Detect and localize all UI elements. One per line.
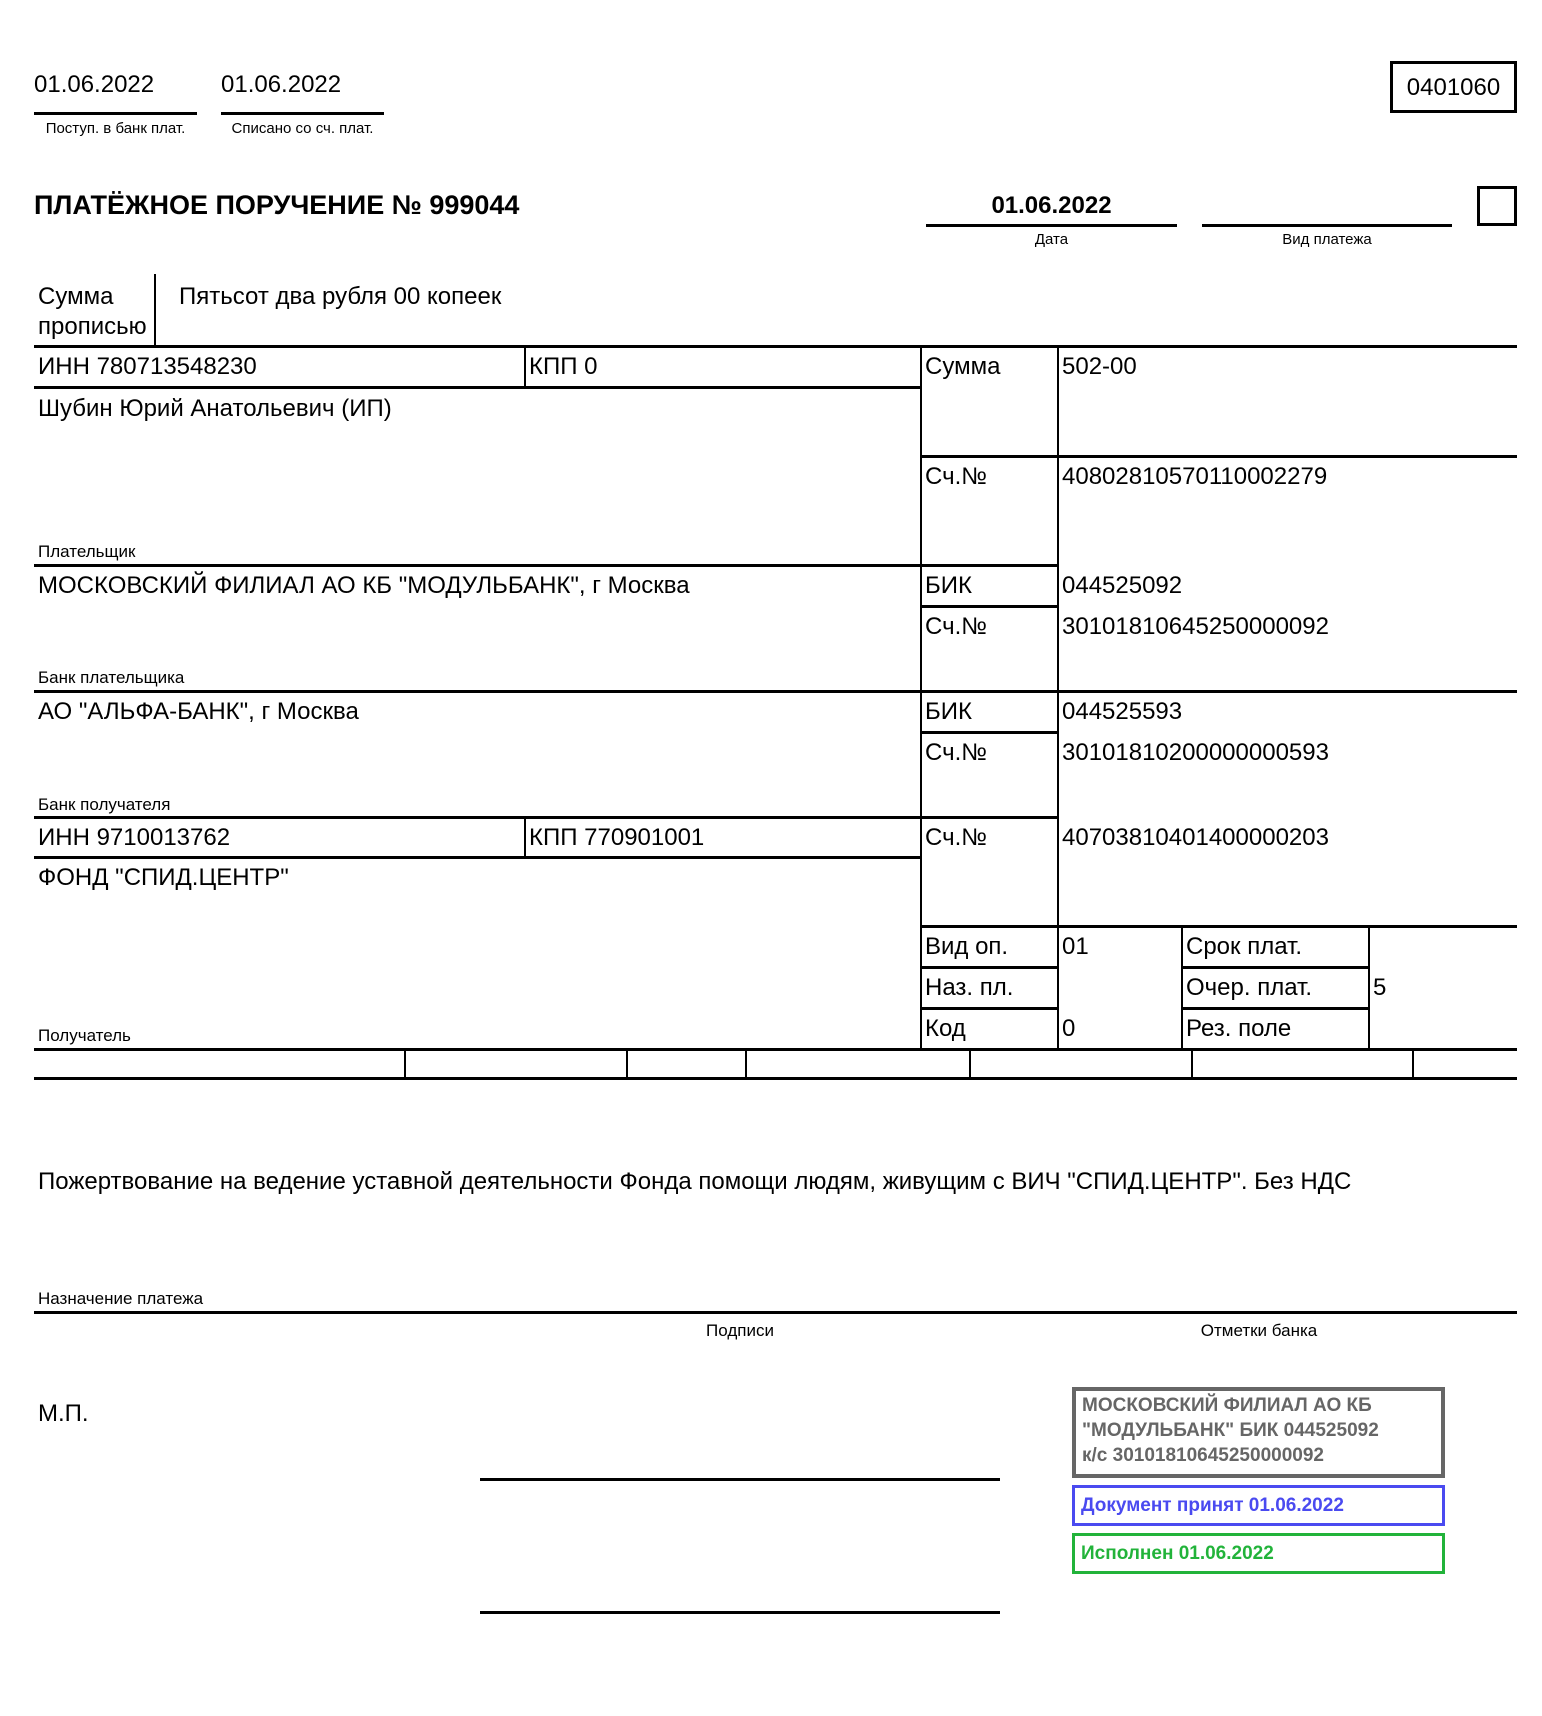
bank-stamp-line-2: "МОДУЛЬБАНК" БИК 044525092	[1082, 1418, 1435, 1443]
grid-line	[1191, 1049, 1193, 1078]
grid-line	[34, 856, 921, 859]
amount-words-label-2: прописью	[38, 313, 147, 341]
payer-bank-account-value: 30101810645250000092	[1062, 613, 1329, 641]
debited-date-underline	[221, 112, 384, 115]
op-type-label: Вид оп.	[925, 933, 1008, 961]
bank-stamp-line-3: к/с 30101810645250000092	[1082, 1443, 1435, 1468]
recipient-bank-bik-label: БИК	[925, 698, 972, 726]
payer-label: Плательщик	[38, 542, 135, 562]
executed-stamp: Исполнен 01.06.2022	[1072, 1533, 1445, 1574]
recipient-bank-bik-value: 044525593	[1062, 698, 1182, 726]
recipient-bank-account-label: Сч.№	[925, 739, 987, 767]
payment-purpose-label: Назначение платежа	[38, 1289, 203, 1309]
form-code-box: 0401060	[1390, 61, 1517, 113]
document-date: 01.06.2022	[926, 192, 1177, 220]
priority-label: Очер. плат.	[1186, 974, 1312, 1002]
grid-line	[921, 966, 1058, 969]
signature-line-1[interactable]	[480, 1478, 1000, 1481]
grid-line	[1057, 345, 1059, 1049]
accepted-stamp: Документ принят 01.06.2022	[1072, 1485, 1445, 1526]
payer-bank-account-label: Сч.№	[925, 613, 987, 641]
recipient-bank-account-value: 30101810200000000593	[1062, 739, 1329, 767]
bank-stamp-line-1: МОСКОВСКИЙ ФИЛИАЛ АО КБ	[1082, 1393, 1435, 1418]
grid-line	[920, 345, 922, 1049]
payer-inn: ИНН 780713548230	[38, 353, 257, 381]
received-date: 01.06.2022	[34, 71, 197, 99]
grid-line	[745, 1049, 747, 1078]
purpose-code-label: Наз. пл.	[925, 974, 1013, 1002]
grid-line	[969, 1049, 971, 1078]
payer-account-value: 40802810570110002279	[1062, 463, 1327, 491]
payer-name: Шубин Юрий Анатольевич (ИП)	[38, 395, 392, 423]
stamp-place-label: М.П.	[38, 1400, 89, 1428]
recipient-account-value: 40703810401400000203	[1062, 824, 1329, 852]
debited-date: 01.06.2022	[221, 71, 384, 99]
grid-line	[1368, 925, 1370, 1049]
amount-words-divider	[154, 274, 156, 346]
received-date-underline	[34, 112, 197, 115]
grid-line	[921, 731, 1058, 734]
recipient-account-label: Сч.№	[925, 824, 987, 852]
purpose-bottom-line	[34, 1311, 1517, 1314]
recipient-kpp: КПП 770901001	[529, 824, 704, 852]
code-label: Код	[925, 1015, 966, 1043]
grid-line	[524, 816, 526, 858]
payer-bank-name: МОСКОВСКИЙ ФИЛИАЛ АО КБ "МОДУЛЬБАНК", г …	[38, 572, 690, 600]
payer-bank-label: Банк плательщика	[38, 668, 184, 688]
grid-line	[626, 1049, 628, 1078]
priority-value: 5	[1373, 974, 1386, 1002]
grid-line	[921, 605, 1058, 608]
bank-marks-label: Отметки банка	[1159, 1321, 1359, 1341]
grid-line	[34, 1048, 1517, 1051]
code-value: 0	[1062, 1015, 1075, 1043]
grid-line	[34, 1077, 1517, 1080]
reserve-label: Рез. поле	[1186, 1015, 1291, 1043]
payment-purpose-text: Пожертвование на ведение уставной деятел…	[38, 1168, 1351, 1196]
grid-line	[1182, 1007, 1369, 1010]
sum-value: 502-00	[1062, 353, 1137, 381]
grid-line	[921, 1007, 1058, 1010]
grid-line	[1412, 1049, 1414, 1078]
status-checkbox[interactable]	[1477, 186, 1517, 226]
document-title: ПЛАТЁЖНОЕ ПОРУЧЕНИЕ № 999044	[34, 190, 519, 221]
recipient-label: Получатель	[38, 1026, 131, 1046]
amount-words-value: Пятьсот два рубля 00 копеек	[179, 283, 501, 311]
grid-line	[921, 455, 1517, 458]
payer-bank-bik-label: БИК	[925, 572, 972, 600]
grid-line	[34, 564, 1058, 567]
grid-line	[34, 345, 1517, 348]
grid-line	[404, 1049, 406, 1078]
recipient-inn: ИНН 9710013762	[38, 824, 230, 852]
payer-kpp: КПП 0	[529, 353, 598, 381]
grid-line	[34, 386, 921, 389]
signatures-label: Подписи	[640, 1321, 840, 1341]
grid-line	[921, 925, 1517, 928]
payer-account-label: Сч.№	[925, 463, 987, 491]
signature-line-2[interactable]	[480, 1611, 1000, 1614]
document-date-underline	[926, 224, 1177, 227]
payer-bank-bik-value: 044525092	[1062, 572, 1182, 600]
recipient-name: ФОНД "СПИД.ЦЕНТР"	[38, 864, 289, 892]
term-label: Срок плат.	[1186, 933, 1302, 961]
grid-line	[1181, 925, 1183, 1049]
recipient-bank-label: Банк получателя	[38, 795, 170, 815]
amount-words-label-1: Сумма	[38, 283, 113, 311]
payment-type-underline	[1202, 224, 1452, 227]
op-type-value: 01	[1062, 933, 1089, 961]
document-date-label: Дата	[926, 231, 1177, 249]
grid-line	[524, 345, 526, 387]
payment-type-label: Вид платежа	[1202, 231, 1452, 249]
received-date-label: Поступ. в банк плат.	[34, 120, 197, 138]
grid-line	[34, 690, 1517, 693]
bank-details-stamp: МОСКОВСКИЙ ФИЛИАЛ АО КБ "МОДУЛЬБАНК" БИК…	[1072, 1387, 1445, 1478]
recipient-bank-name: АО "АЛЬФА-БАНК", г Москва	[38, 698, 359, 726]
grid-line	[34, 816, 1058, 819]
grid-line	[1182, 966, 1369, 969]
debited-date-label: Списано со сч. плат.	[221, 120, 384, 138]
sum-label: Сумма	[925, 353, 1000, 381]
